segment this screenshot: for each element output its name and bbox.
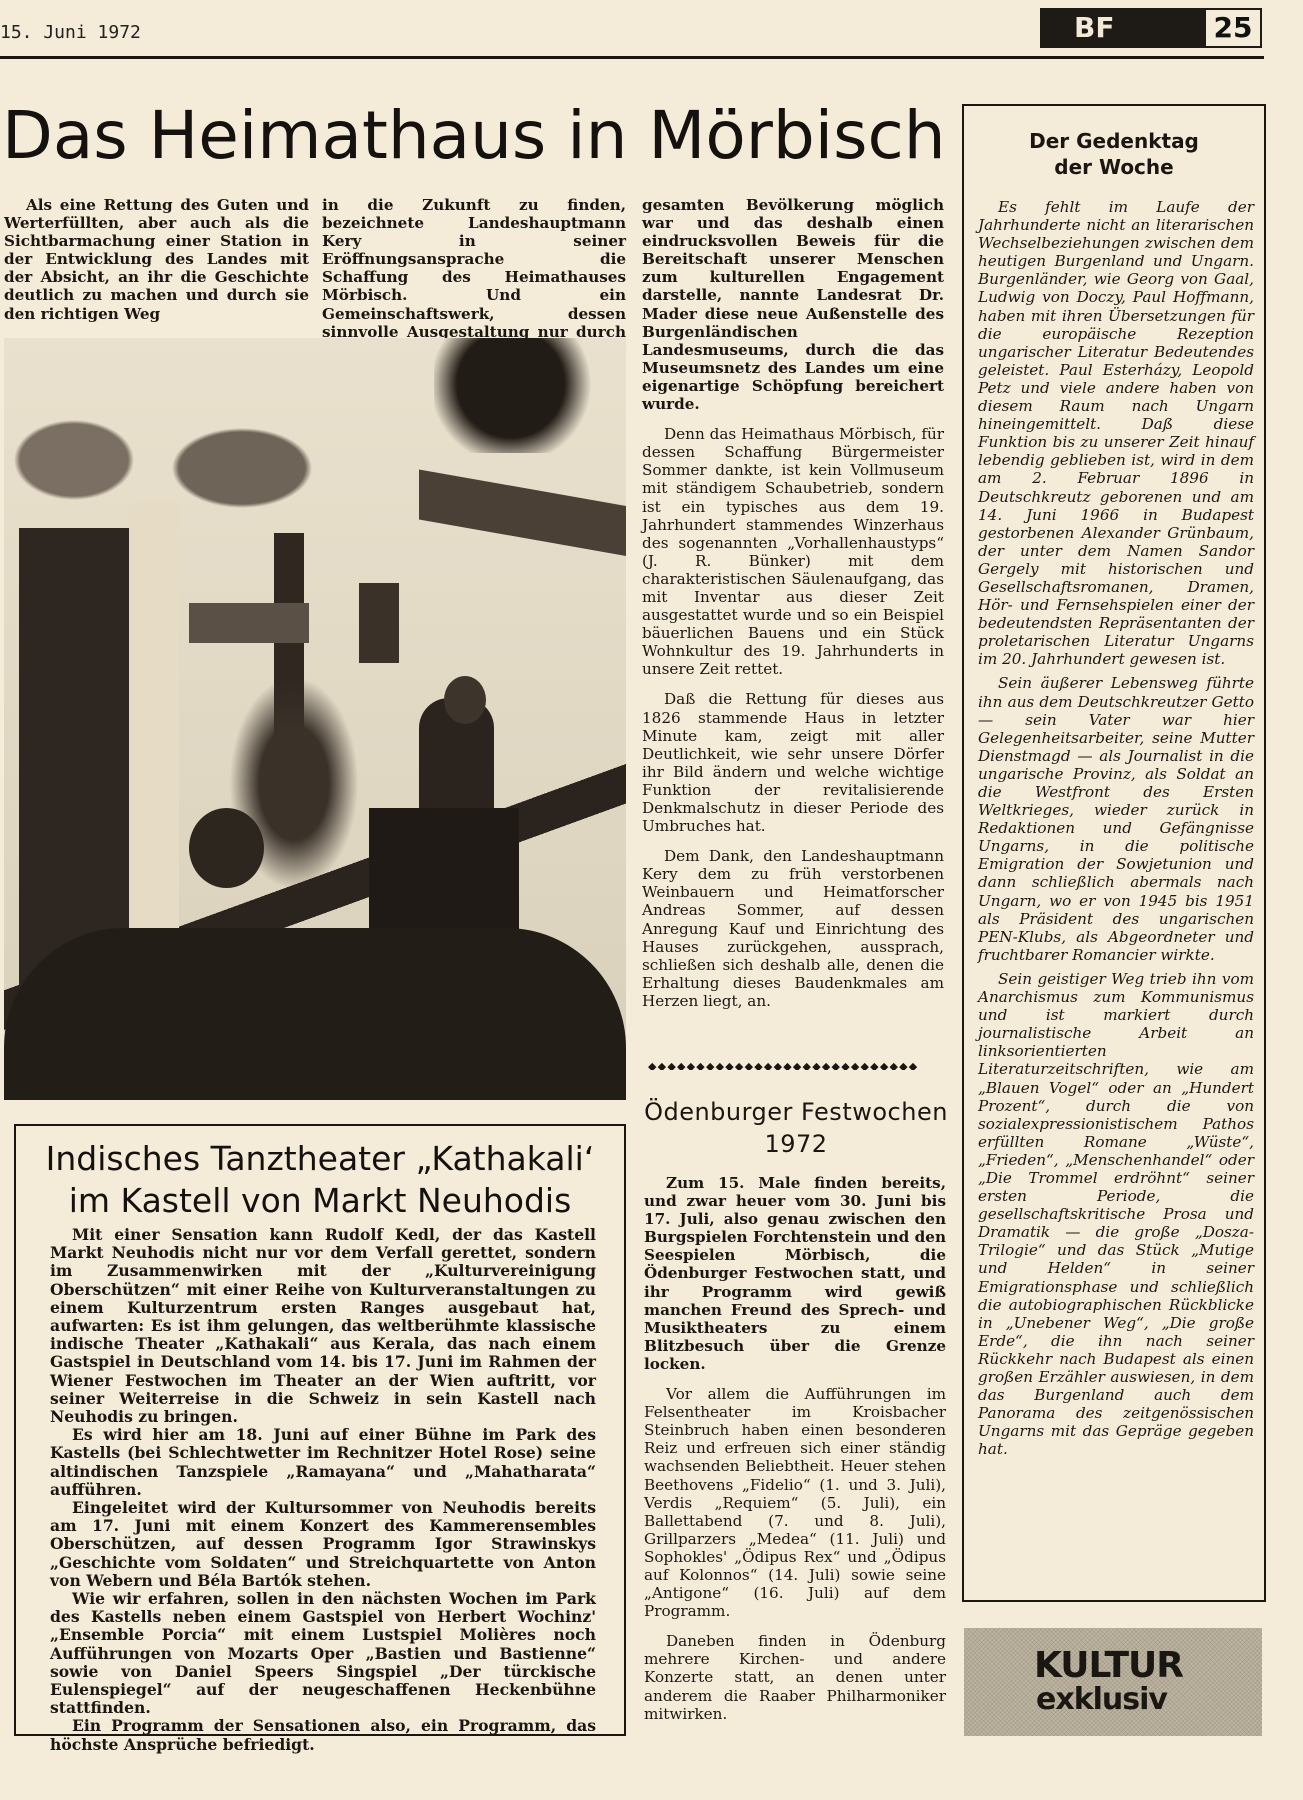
title-line: der Woche	[964, 154, 1264, 180]
paragraph: Es wird hier am 18. Juni auf einer Bühne…	[50, 1426, 596, 1499]
paragraph: Dem Dank, den Landeshauptmann Kery dem z…	[642, 847, 944, 1010]
paragraph: Ein Programm der Sensationen also, ein P…	[50, 1717, 596, 1753]
section-badge: BF 25	[1040, 8, 1262, 48]
paragraph: Es fehlt im Laufe der Jahrhunderte nicht…	[978, 198, 1254, 668]
paragraph: Denn das Heimathaus Mörbisch, für dessen…	[642, 425, 944, 678]
sidebar-body: Es fehlt im Laufe der Jahrhunderte nicht…	[978, 198, 1254, 1458]
diamond-divider-icon: ◆◆◆◆◆◆◆◆◆◆◆◆◆◆◆◆◆◆◆◆◆◆◆◆◆◆◆◆	[648, 1060, 944, 1070]
paragraph: Daß die Rettung für dieses aus 1826 stam…	[642, 690, 944, 835]
article-photo	[4, 338, 626, 1100]
issue-date: 15. Juni 1972	[0, 22, 141, 43]
article-heimathaus-col2: in die Zukunft zu finden, bezeichnete La…	[322, 196, 626, 359]
article-title-oedenburg: Ödenburger Festwochen 1972	[640, 1096, 952, 1160]
article-heimathaus-col3: gesamten Bevölkerung möglich war und das…	[642, 196, 944, 1010]
paragraph: in die Zukunft zu finden, bezeichnete La…	[322, 196, 626, 359]
paragraph: Als eine Rettung des Guten und Werterfül…	[4, 196, 309, 323]
title-line: Ödenburger Festwochen	[640, 1096, 952, 1128]
article-title-indisch: Indisches Tanztheater „Kathakali‘ im Kas…	[16, 1138, 624, 1222]
sidebar-gedenktag: Der Gedenktag der Woche Es fehlt im Lauf…	[962, 104, 1266, 1602]
logo-line: exklusiv	[1036, 1684, 1167, 1716]
title-line: Indisches Tanztheater „Kathakali‘	[16, 1138, 624, 1180]
section-badge-label: BF	[1074, 11, 1114, 44]
logo-line: KULTUR	[1034, 1648, 1183, 1684]
article-heimathaus-col1: Als eine Rettung des Guten und Werterfül…	[4, 196, 309, 323]
title-line: 1972	[640, 1128, 952, 1160]
sidebar-title: Der Gedenktag der Woche	[964, 128, 1264, 180]
paragraph: Mit einer Sensation kann Rudolf Kedl, de…	[50, 1226, 596, 1426]
header-rule	[0, 56, 1264, 59]
article-title-heimathaus: Das Heimathaus in Mörbisch	[2, 96, 946, 176]
page-number: 25	[1206, 10, 1260, 46]
kultur-exklusiv-logo: KULTUR exklusiv	[964, 1628, 1262, 1736]
title-line: Der Gedenktag	[964, 128, 1264, 154]
paragraph: Sein äußerer Lebensweg führte ihn aus de…	[978, 674, 1254, 964]
title-line: im Kastell von Markt Neuhodis	[16, 1180, 624, 1222]
paragraph: Zum 15. Male finden bereits, und zwar he…	[644, 1174, 946, 1373]
paragraph: Daneben finden in Ödenburg mehrere Kirch…	[644, 1632, 946, 1722]
article-box-indisches-tanztheater: Indisches Tanztheater „Kathakali‘ im Kas…	[14, 1124, 626, 1736]
article-body-indisch: Mit einer Sensation kann Rudolf Kedl, de…	[50, 1226, 596, 1754]
article-body-oedenburg: Zum 15. Male finden bereits, und zwar he…	[644, 1174, 946, 1723]
paragraph: Sein geistiger Weg trieb ihn vom Anarchi…	[978, 970, 1254, 1459]
paragraph: Eingeleitet wird der Kultursommer von Ne…	[50, 1499, 596, 1590]
paragraph: Wie wir erfahren, sollen in den nächsten…	[50, 1590, 596, 1717]
paragraph: Vor allem die Aufführungen im Felsenthea…	[644, 1385, 946, 1620]
paragraph: gesamten Bevölkerung möglich war und das…	[642, 196, 944, 413]
